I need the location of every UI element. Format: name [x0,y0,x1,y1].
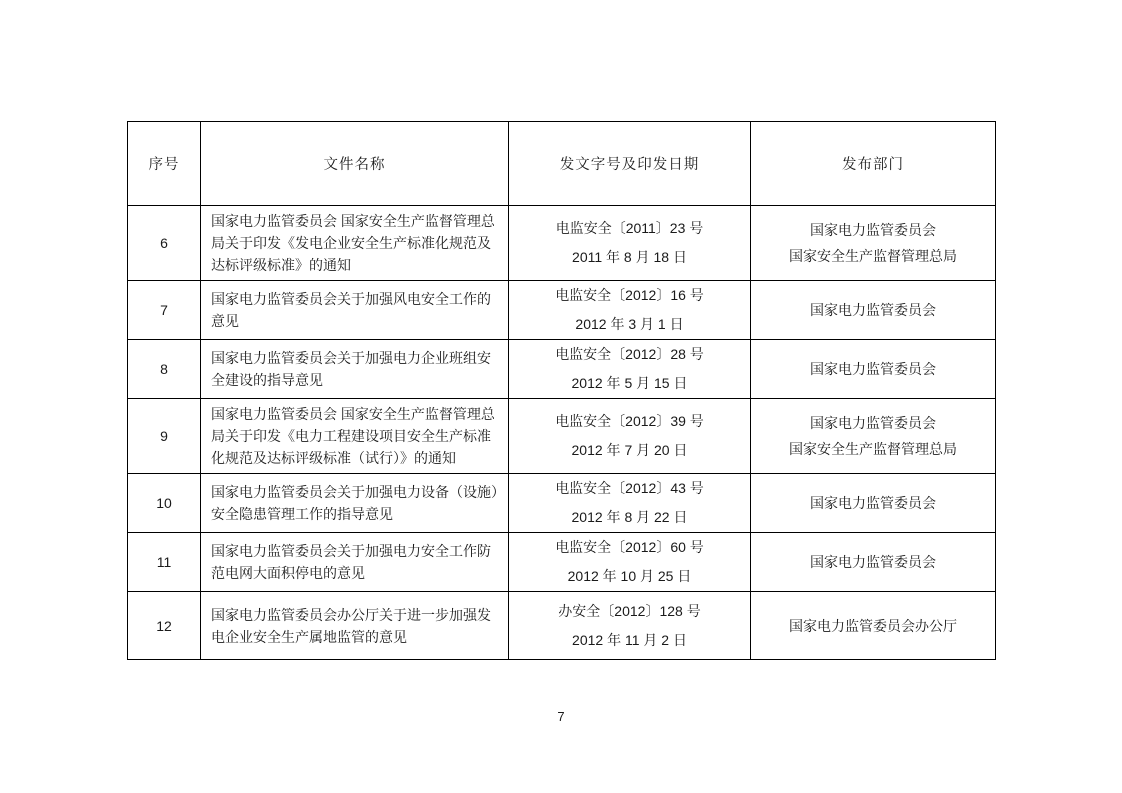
table-row: 12 国家电力监管委员会办公厅关于进一步加强发电企业安全生产属地监管的意见 办安… [128,592,996,660]
issue-date: 2012 年 10 月 25 日 [509,562,750,591]
header-doc-number-date: 发文字号及印发日期 [509,122,751,206]
document-title: 国家电力监管委员会 国家安全生产监督管理总局关于印发《电力工程建设项目安全生产标… [201,399,509,474]
issue-date: 2012 年 8 月 22 日 [509,503,750,532]
document-number: 电监安全〔2012〕60 号 [509,533,750,562]
issue-date: 2012 年 11 月 2 日 [509,626,750,655]
document-number-and-date: 电监安全〔2012〕43 号 2012 年 8 月 22 日 [509,474,751,533]
row-number: 12 [128,592,201,660]
document-number-and-date: 电监安全〔2011〕23 号 2011 年 8 月 18 日 [509,206,751,281]
table-header-row: 序号 文件名称 发文字号及印发日期 发布部门 [128,122,996,206]
table-row: 6 国家电力监管委员会 国家安全生产监督管理总局关于印发《发电企业安全生产标准化… [128,206,996,281]
issue-date: 2012 年 3 月 1 日 [509,310,750,339]
header-issuing-department: 发布部门 [751,122,996,206]
issuing-department: 国家电力监管委员会 国家安全生产监督管理总局 [751,206,996,281]
document-number: 电监安全〔2012〕16 号 [509,281,750,310]
issuing-department: 国家电力监管委员会 [751,281,996,340]
department-line: 国家电力监管委员会 [751,356,995,382]
document-title: 国家电力监管委员会办公厅关于进一步加强发电企业安全生产属地监管的意见 [201,592,509,660]
row-number: 10 [128,474,201,533]
header-file-name: 文件名称 [201,122,509,206]
document-title: 国家电力监管委员会关于加强电力企业班组安全建设的指导意见 [201,340,509,399]
issuing-department: 国家电力监管委员会 [751,474,996,533]
document-number: 办安全〔2012〕128 号 [509,597,750,626]
issuing-department: 国家电力监管委员会办公厅 [751,592,996,660]
row-number: 9 [128,399,201,474]
document-page: 序号 文件名称 发文字号及印发日期 发布部门 6 国家电力监管委员会 国家安全生… [0,0,1122,793]
document-number-and-date: 电监安全〔2012〕60 号 2012 年 10 月 25 日 [509,533,751,592]
issue-date: 2012 年 5 月 15 日 [509,369,750,398]
document-title: 国家电力监管委员会关于加强风电安全工作的意见 [201,281,509,340]
row-number: 6 [128,206,201,281]
document-number: 电监安全〔2012〕28 号 [509,340,750,369]
row-number: 11 [128,533,201,592]
table-row: 11 国家电力监管委员会关于加强电力安全工作防范电网大面积停电的意见 电监安全〔… [128,533,996,592]
table-row: 10 国家电力监管委员会关于加强电力设备（设施）安全隐患管理工作的指导意见 电监… [128,474,996,533]
document-title: 国家电力监管委员会 国家安全生产监督管理总局关于印发《发电企业安全生产标准化规范… [201,206,509,281]
document-number: 电监安全〔2012〕43 号 [509,474,750,503]
table-row: 8 国家电力监管委员会关于加强电力企业班组安全建设的指导意见 电监安全〔2012… [128,340,996,399]
document-number-and-date: 电监安全〔2012〕39 号 2012 年 7 月 20 日 [509,399,751,474]
table-row: 7 国家电力监管委员会关于加强风电安全工作的意见 电监安全〔2012〕16 号 … [128,281,996,340]
department-line: 国家安全生产监督管理总局 [751,436,995,462]
department-line: 国家电力监管委员会 [751,297,995,323]
issuing-department: 国家电力监管委员会 [751,533,996,592]
issue-date: 2012 年 7 月 20 日 [509,436,750,465]
document-number: 电监安全〔2012〕39 号 [509,407,750,436]
department-line: 国家安全生产监督管理总局 [751,243,995,269]
document-number-and-date: 电监安全〔2012〕16 号 2012 年 3 月 1 日 [509,281,751,340]
page-number: 7 [0,709,1122,724]
department-line: 国家电力监管委员会 [751,490,995,516]
table-row: 9 国家电力监管委员会 国家安全生产监督管理总局关于印发《电力工程建设项目安全生… [128,399,996,474]
department-line: 国家电力监管委员会 [751,217,995,243]
document-title: 国家电力监管委员会关于加强电力安全工作防范电网大面积停电的意见 [201,533,509,592]
department-line: 国家电力监管委员会办公厅 [751,613,995,639]
department-line: 国家电力监管委员会 [751,549,995,575]
regulatory-documents-table: 序号 文件名称 发文字号及印发日期 发布部门 6 国家电力监管委员会 国家安全生… [127,121,996,660]
department-line: 国家电力监管委员会 [751,410,995,436]
issuing-department: 国家电力监管委员会 国家安全生产监督管理总局 [751,399,996,474]
row-number: 7 [128,281,201,340]
issue-date: 2011 年 8 月 18 日 [509,243,750,272]
issuing-department: 国家电力监管委员会 [751,340,996,399]
row-number: 8 [128,340,201,399]
document-number-and-date: 办安全〔2012〕128 号 2012 年 11 月 2 日 [509,592,751,660]
document-title: 国家电力监管委员会关于加强电力设备（设施）安全隐患管理工作的指导意见 [201,474,509,533]
document-number: 电监安全〔2011〕23 号 [509,214,750,243]
header-serial-number: 序号 [128,122,201,206]
document-number-and-date: 电监安全〔2012〕28 号 2012 年 5 月 15 日 [509,340,751,399]
